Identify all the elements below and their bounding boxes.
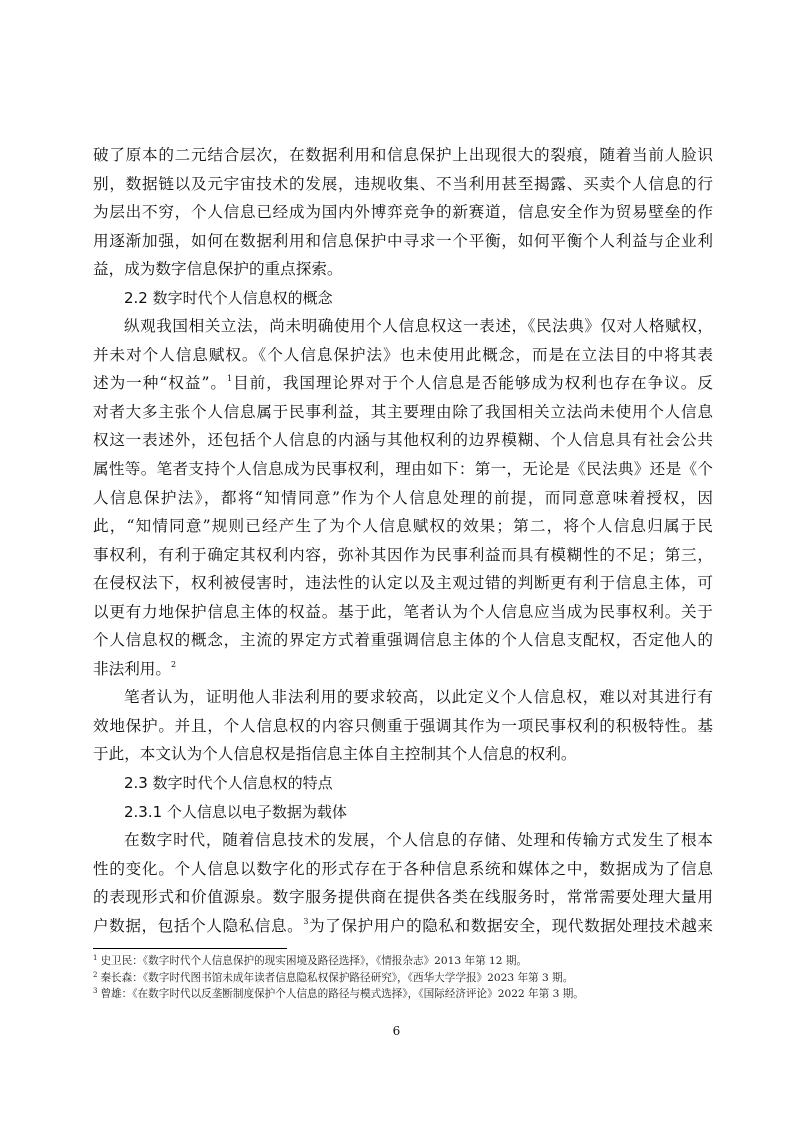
line-text: 目前，我国理论界对于个人信息是否能够成为权利也存在争议。反 xyxy=(232,374,713,392)
footnote-number: 3 xyxy=(93,987,97,995)
footnote-2: 2秦长森：《数字时代图书馆未成年读者信息隐私权保护路径研究》，《西华大学学报》2… xyxy=(93,970,713,987)
paragraph-line: 的表现形式和价值源泉。数字服务提供商在提供各类在线服务时，常常需要处理大量用 xyxy=(93,883,713,912)
line-text: 户数据，包括个人隐私信息。 xyxy=(93,917,303,935)
paragraph-line: 属性等。笔者支持个人信息成为民事权利，理由如下：第一，无论是《民法典》还是《个 xyxy=(93,455,713,484)
paragraph-line: 破了原本的二元结合层次，在数据利用和信息保护上出现很大的裂痕，随着当前人脸识 xyxy=(93,141,713,170)
paragraph-line: 笔者认为，证明他人非法利用的要求较高，以此定义个人信息权，难以对其进行有 xyxy=(93,683,713,712)
page-number: 6 xyxy=(0,1024,793,1038)
paragraph-line: 事权利，有利于确定其权利内容，弥补其因作为民事利益而具有模糊性的不足；第三， xyxy=(93,541,713,570)
paragraph-line: 用逐渐加强，如何在数据利用和信息保护中寻求一个平衡，如何平衡个人利益与企业利 xyxy=(93,227,713,256)
paragraph-line: 在数字时代，随着信息技术的发展，个人信息的存储、处理和传输方式发生了根本 xyxy=(93,826,713,855)
section-heading-2-3: 2.3 数字时代个人信息权的特点 xyxy=(93,769,713,798)
paragraph-line: 为层出不穷，个人信息已经成为国内外博弈竞争的新赛道，信息安全作为贸易壁垒的作 xyxy=(93,198,713,227)
paragraph-line: 以更有力地保护信息主体的权益。基于此，笔者认为个人信息应当成为民事权利。关于 xyxy=(93,598,713,627)
line-text: 为了保护用户的隐私和数据安全，现代数据处理技术越来 xyxy=(308,917,713,935)
footnote-number: 1 xyxy=(93,954,97,962)
footnote-3: 3曾雄：《在数字时代以反垄断制度保护个人信息的路径与模式选择》，《国际经济评论》… xyxy=(93,986,713,1003)
paragraph-line: 对者大多主张个人信息属于民事利益，其主要理由除了我国相关立法尚未使用个人信息 xyxy=(93,398,713,427)
footnote-text: 史卫民：《数字时代个人信息保护的现实困境及路径选择》，《情报杂志》2013 年第… xyxy=(100,955,527,967)
paragraph-line: 效地保护。并且，个人信息权的内容只侧重于强调其作为一项民事权利的积极特性。基 xyxy=(93,712,713,741)
footnote-text: 秦长森：《数字时代图书馆未成年读者信息隐私权保护路径研究》，《西华大学学报》20… xyxy=(100,972,573,984)
paragraph-line: 户数据，包括个人隐私信息。3为了保护用户的隐私和数据安全，现代数据处理技术越来 xyxy=(93,912,713,941)
paragraph-line: 权这一表述外，还包括个人信息的内涵与其他权利的边界模糊、个人信息具有社会公共 xyxy=(93,426,713,455)
paragraph-line: 益，成为数字信息保护的重点探索。 xyxy=(93,255,713,284)
paragraph-line: 此，“知情同意”规则已经产生了为个人信息赋权的效果；第二，将个人信息归属于民 xyxy=(93,512,713,541)
paragraph-line: 别，数据链以及元宇宙技术的发展，违规收集、不当利用甚至揭露、买卖个人信息的行 xyxy=(93,170,713,199)
footnote-number: 2 xyxy=(93,971,97,979)
section-heading-2-3-1: 2.3.1 个人信息以电子数据为载体 xyxy=(93,798,713,827)
paragraph-line: 述为一种“权益”。1目前，我国理论界对于个人信息是否能够成为权利也存在争议。反 xyxy=(93,369,713,398)
paragraph-line: 性的变化。个人信息以数字化的形式存在于各种信息系统和媒体之中，数据成为了信息 xyxy=(93,855,713,884)
paragraph-line: 纵观我国相关立法，尚未明确使用个人信息权这一表述，《民法典》仅对人格赋权， xyxy=(93,312,713,341)
document-page: 破了原本的二元结合层次，在数据利用和信息保护上出现很大的裂痕，随着当前人脸识 别… xyxy=(0,0,793,1122)
section-heading-2-2: 2.2 数字时代个人信息权的概念 xyxy=(93,284,713,313)
line-text: 述为一种“权益”。 xyxy=(93,374,227,392)
paragraph-line: 在侵权法下，权利被侵害时，违法性的认定以及主观过错的判断更有利于信息主体，可 xyxy=(93,569,713,598)
paragraph-line: 并未对个人信息赋权。《个人信息保护法》也未使用此概念，而是在立法目的中将其表 xyxy=(93,341,713,370)
footnote-ref-2[interactable]: 2 xyxy=(171,660,176,669)
footnote-1: 1史卫民：《数字时代个人信息保护的现实困境及路径选择》，《情报杂志》2013 年… xyxy=(93,953,713,970)
paragraph-line: 于此，本文认为个人信息权是指信息主体自主控制其个人信息的权利。 xyxy=(93,740,713,769)
paragraph-line: 人信息保护法》，都将“知情同意”作为个人信息处理的前提，而同意意味着授权，因 xyxy=(93,484,713,513)
paragraph-line: 非法利用。2 xyxy=(93,655,713,684)
footnote-separator xyxy=(93,948,287,949)
line-text: 非法利用。 xyxy=(93,660,171,678)
body-text: 破了原本的二元结合层次，在数据利用和信息保护上出现很大的裂痕，随着当前人脸识 别… xyxy=(93,141,713,940)
footnote-text: 曾雄：《在数字时代以反垄断制度保护个人信息的路径与模式选择》，《国际经济评论》2… xyxy=(100,988,583,1000)
paragraph-line: 个人信息权的概念，主流的界定方式着重强调信息主体的个人信息支配权，否定他人的 xyxy=(93,626,713,655)
footnotes: 1史卫民：《数字时代个人信息保护的现实困境及路径选择》，《情报杂志》2013 年… xyxy=(93,953,713,1003)
